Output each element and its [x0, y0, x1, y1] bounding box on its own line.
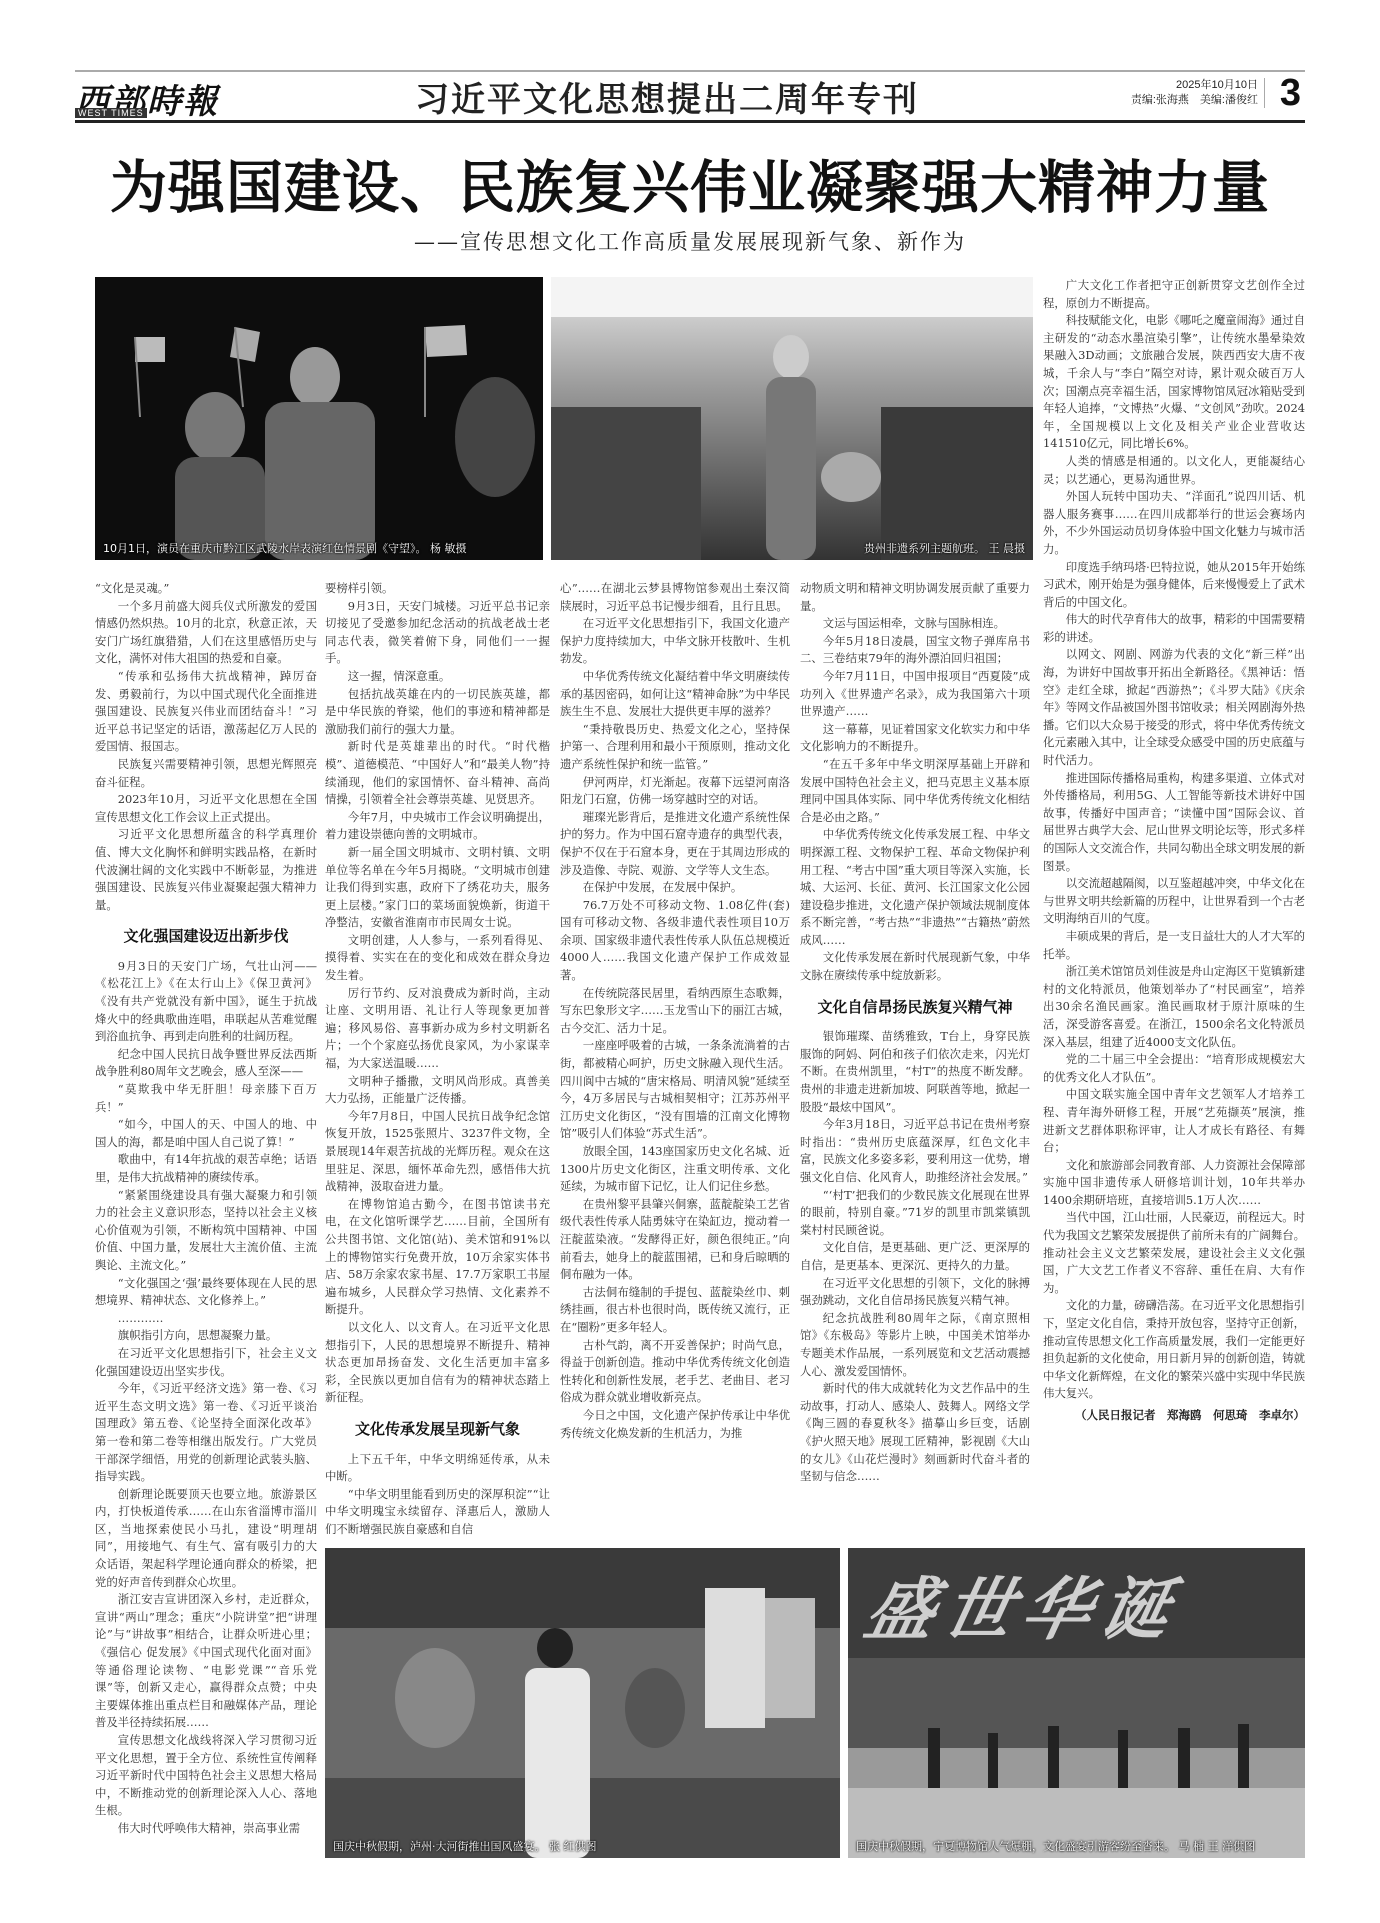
sub-headline: ——宣传思想文化工作高质量发展展现新气象、新作为 [75, 226, 1305, 256]
museum-sign-text: 盛世华诞 [858, 1556, 1191, 1653]
newspaper-logo-subtitle: WEST TIMES [75, 108, 147, 118]
paragraph: 以网文、网剧、网游为代表的文化“新三样”出海，为讲好中国故事开拓出全新路径。《黑… [1043, 646, 1305, 769]
paragraph: 以交流超越隔阂，以互鉴超越冲突，中华文化在与世界文明共绘新篇的历程中，让世界看到… [1043, 875, 1305, 928]
paragraph: 新时代是英雄辈出的时代。“时代楷模”、道德模范、“中国好人”和“最美人物”持续涌… [325, 738, 550, 808]
paragraph: 在习近平文化思想的引领下，文化的脉搏强劲跳动，文化自信昂扬民族复兴精气神。 [800, 1275, 1030, 1310]
paragraph: 要榜样引领。 [325, 580, 550, 598]
paragraph: 中华优秀传统文化凝结着中华文明赓续传承的基因密码，如何让这“精神命脉”为中华民族… [560, 668, 790, 721]
paragraph: 一座座呼吸着的古城，一条条流淌着的古街，都被精心呵护，历史文脉融入现代生活。四川… [560, 1037, 790, 1143]
paragraph: 推进国际传播格局重构，构建多渠道、立体式对外传播格局，利用5G、人工智能等新技术… [1043, 770, 1305, 876]
paragraph: “‘村T’把我们的少数民族文化展现在世界的眼前，特别自豪。”71岁的凯里市凯棠镇… [800, 1187, 1030, 1240]
paragraph: “文化是灵魂。” [95, 580, 317, 598]
paragraph: “传承和弘扬伟大抗战精神，踔厉奋发、勇毅前行，为以中国式现代化全面推进强国建设、… [95, 668, 317, 756]
paragraph: 在习近平文化思想指引下，我国文化遗产保护力度持续加大，中华文脉开枝散叶、生机勃发… [560, 615, 790, 668]
special-issue-title: 习近平文化思想提出二周年专刊 [415, 72, 919, 121]
paragraph: “在五千多年中华文明深厚基础上开辟和发展中国特色社会主义，把马克思主义基本原理同… [800, 756, 1030, 826]
paragraph: 今年7月11日，中国申报项目“西夏陵”成功列入《世界遗产名录》，成为我国第六十项… [800, 668, 1030, 721]
paragraph: 浙江安吉宣讲团深入乡村，走近群众，宣讲“两山”理念；重庆“小院讲堂”把“讲理论”… [95, 1591, 317, 1732]
paragraph: 外国人玩转中国功夫、“洋面孔”说四川话、机器人服务赛事……在四川成都举行的世运会… [1043, 488, 1305, 558]
paragraph: 当代中国，江山壮丽，人民豪迈，前程远大。时代为我国文艺繁荣发展提供了前所未有的广… [1043, 1209, 1305, 1297]
paragraph: 纪念中国人民抗日战争暨世界反法西斯战争胜利80周年文艺晚会，感人至深—— [95, 1046, 317, 1081]
paragraph: 动物质文明和精神文明协调发展贡献了重要力量。 [800, 580, 1030, 615]
photo-caption: 10月1日，演员在重庆市黔江区武陵水岸表演红色情景剧《守望》。 杨 敏摄 [103, 540, 467, 556]
paragraph: 2023年10月，习近平文化思想在全国宣传思想文化工作会议上正式提出。 [95, 791, 317, 826]
main-headline: 为强国建设、民族复兴伟业凝聚强大精神力量 [75, 142, 1305, 224]
paragraph: 在习近平文化思想指引下，社会主义文化强国建设迈出坚实步伐。 [95, 1345, 317, 1380]
paragraph: ………… [95, 1310, 317, 1328]
issue-date: 2025年10月10日 [1131, 78, 1258, 93]
paragraph: 文化自信，是更基础、更广泛、更深厚的自信，是更基本、更深沉、更持久的力量。 [800, 1239, 1030, 1274]
article-column-2: 要榜样引领。 9月3日，天安门城楼。习近平总书记亲切接见了受邀参加纪念活动的抗战… [325, 580, 550, 1540]
paragraph: 中华优秀传统文化传承发展工程、中华文明探源工程、文物保护工程、革命文物保护利用工… [800, 826, 1030, 949]
paragraph: 厉行节约、反对浪费成为新时尚，主动让座、文明用语、礼让行人等现象更加普遍；移风易… [325, 985, 550, 1073]
paragraph: 伟大的时代孕育伟大的故事，精彩的中国需要精彩的讲述。 [1043, 611, 1305, 646]
paragraph: 文明种子播撒，文明风尚形成。真善美大力弘扬，正能量广泛传播。 [325, 1073, 550, 1108]
paragraph: 创新理论既要顶天也要立地。旅游景区内，打快板道传承……在山东省淄博市淄川区，当地… [95, 1486, 317, 1592]
paragraph: 浙江美术馆馆员刘佳波是舟山定海区干览镇新建村的文化特派员，他策划举办了“村民画室… [1043, 963, 1305, 1051]
paragraph: “莫欺我中华无肝胆！母亲膝下百万兵！” [95, 1081, 317, 1116]
paragraph: 歌曲中，有14年抗战的艰苦卓绝；话语里，是伟大抗战精神的赓续传承。 [95, 1151, 317, 1186]
photo-caption: 国庆中秋假期，泸州·大河街推出国风盛宴。 张 红供图 [333, 1838, 597, 1854]
section-heading: 文化强国建设迈出新步伐 [95, 928, 317, 946]
paragraph: 人类的情感是相通的。以文化人，更能凝结心灵；以艺通心，更易沟通世界。 [1043, 453, 1305, 488]
paragraph: 纪念抗战胜利80周年之际，《南京照相馆》《东极岛》等影片上映，中国美术馆举办专题… [800, 1310, 1030, 1380]
paragraph: 文化传承发展在新时代展现新气象，中华文脉在赓续传承中绽放新彩。 [800, 949, 1030, 984]
photo-scene-cabin [551, 277, 1033, 560]
paragraph: 今年7月，中央城市工作会议明确提出，着力建设崇德向善的文明城市。 [325, 809, 550, 844]
paragraph: 习近平文化思想所蕴含的科学真理价值、博大文化胸怀和鲜明实践品格，在新时代波澜壮阔… [95, 826, 317, 914]
photo-caption: 贵州非遗系列主题航班。 王 晨摄 [864, 540, 1025, 556]
paragraph: 在传统院落民居里，看纳西原生态歌舞，写东巴象形文字……玉龙雪山下的丽江古城，古今… [560, 985, 790, 1038]
paragraph: 宣传思想文化战线将深入学习贯彻习近平文化思想，置于全方位、系统性宣传阐释习近平新… [95, 1732, 317, 1820]
photo-flight-attendant: 贵州非遗系列主题航班。 王 晨摄 [551, 277, 1033, 560]
paragraph: “秉持敬畏历史、热爱文化之心，坚持保护第一、合理利用和最小干预原则，推动文化遗产… [560, 721, 790, 774]
photo-caption: 国庆中秋假期，宁夏博物馆人气爆棚，文化盛宴引游客纷至沓来。 马 楠 王 洋供图 [856, 1838, 1255, 1854]
section-heading: 文化自信昂扬民族复兴精气神 [800, 999, 1030, 1017]
paragraph: 古法侗布缝制的手提包、蓝靛染丝巾、刺绣挂画，很古朴也很时尚，既传统又流行，正在“… [560, 1284, 790, 1337]
article-byline: （人民日报记者 郑海鸥 何思琦 李卓尔） [1043, 1407, 1305, 1425]
paragraph: 民族复兴需要精神引领，思想光辉照亮奋斗征程。 [95, 756, 317, 791]
article-column-1: “文化是灵魂。” 一个多月前盛大阅兵仪式所激发的爱国情感仍然炽热。10月的北京，… [95, 580, 317, 1890]
paragraph: 以文化人、以文育人。在习近平文化思想指引下，人民的思想境界不断提升、精神状态更加… [325, 1319, 550, 1407]
photo-scene-street-performance [325, 1548, 840, 1858]
photo-red-drama: 10月1日，演员在重庆市黔江区武陵水岸表演红色情景剧《守望》。 杨 敏摄 [95, 277, 543, 560]
paragraph: 文化和旅游部会同教育部、人力资源社会保障部实施中国非遗传承人研修培训计划，10年… [1043, 1157, 1305, 1210]
paragraph: 伟大时代呼唤伟大精神，崇高事业需 [95, 1820, 317, 1838]
paragraph: 伊河两岸，灯光渐起。夜幕下远望河南洛阳龙门石窟，仿佛一场穿越时空的对话。 [560, 774, 790, 809]
paragraph: 今年7月8日，中国人民抗日战争纪念馆恢复开放，1525张照片、3237件文物，全… [325, 1108, 550, 1196]
masthead: 西部時報 WEST TIMES 习近平文化思想提出二周年专刊 2025年10月1… [75, 70, 1305, 123]
paragraph: 这一握，情深意重。 [325, 668, 550, 686]
paragraph: 丰硕成果的背后，是一支日益壮大的人才大军的托举。 [1043, 928, 1305, 963]
paragraph: 文明创建，人人参与，一系列看得见、摸得着、实实在在的变化和成效在群众身边发生着。 [325, 932, 550, 985]
paragraph: 印度选手纳玛塔·巴特拉说，她从2015年开始练习武术，刚开始是为强身健体，后来慢… [1043, 559, 1305, 612]
page-number: 3 [1280, 72, 1301, 115]
article-column-4: 动物质文明和精神文明协调发展贡献了重要力量。 文运与国运相牵，文脉与国脉相连。 … [800, 580, 1030, 1540]
paragraph: 中国文联实施全国中青年文艺领军人才培养工程、青年海外研修工程，开展“艺苑撷英”展… [1043, 1086, 1305, 1156]
paragraph: “中华文明里能看到历史的深厚积淀”“让中华文明瑰宝永续留存、泽惠后人，激励人们不… [325, 1486, 550, 1539]
paragraph: 今日之中国，文化遗产保护传承让中华优秀传统文化焕发新的生机活力，为推 [560, 1407, 790, 1442]
paragraph: 放眼全国，143座国家历史文化名城、近1300片历史文化街区，注重文明传承、文化… [560, 1143, 790, 1196]
paragraph: 银饰璀璨、苗绣雅致，T台上，身穿民族服饰的阿妈、阿伯和孩子们依次走来，闪光灯不断… [800, 1028, 1030, 1116]
paragraph: 广大文化工作者把守正创新贯穿文艺创作全过程，原创力不断提高。 [1043, 277, 1305, 312]
paragraph: 新一届全国文明城市、文明村镇、文明单位等名单在今年5月揭晓。“文明城市创建让我们… [325, 844, 550, 932]
paragraph: “紧紧围绕建设具有强大凝聚力和引领力的社会主义意识形态，坚持以社会主义核心价值观… [95, 1187, 317, 1275]
paragraph: 9月3日，天安门城楼。习近平总书记亲切接见了受邀参加纪念活动的抗战老战士老同志代… [325, 598, 550, 668]
paragraph: 心”……在湖北云梦县博物馆参观出土秦汉简牍展时，习近平总书记慢步细看，且行且思。 [560, 580, 790, 615]
paragraph: 在贵州黎平县肇兴侗寨，蓝靛靛染工艺省级代表性传承人陆勇妹守在染缸边，搅动着一汪靛… [560, 1196, 790, 1284]
paragraph: 上下五千年，中华文明绵延传承，从未中断。 [325, 1451, 550, 1486]
paragraph: 科技赋能文化，电影《哪吒之魔童闹海》通过自主研发的“动态水墨渲染引擎”，让传统水… [1043, 312, 1305, 453]
paragraph: 新时代的伟大成就转化为文艺作品中的生动故事，打动人、感染人、鼓舞人。网络文学《陶… [800, 1380, 1030, 1486]
photo-scene-performers [95, 277, 543, 560]
paragraph: 76.7万处不可移动文物、1.08亿件(套)国有可移动文物、各级非遗代表性项目1… [560, 897, 790, 985]
paragraph: 今年，《习近平经济文选》第一卷、《习近平生态文明文选》第一卷、《习近平谈治国理政… [95, 1380, 317, 1486]
paragraph: 今年5月18日凌晨，国宝文物子弹库帛书二、三卷结束79年的海外漂泊回归祖国； [800, 633, 1030, 668]
paragraph: 文化的力量，磅礴浩荡。在习近平文化思想指引下，坚定文化自信，秉持开放包容，坚持守… [1043, 1297, 1305, 1403]
photo-guofeng-street: 国庆中秋假期，泸州·大河街推出国风盛宴。 张 红供图 [325, 1548, 840, 1858]
photo-ningxia-museum: 盛世华诞 国庆中秋假期，宁夏博物馆人气爆棚，文化盛宴引游客纷至沓来。 马 楠 王… [848, 1548, 1305, 1858]
paragraph: 文运与国运相牵，文脉与国脉相连。 [800, 615, 1030, 633]
paragraph: 一个多月前盛大阅兵仪式所激发的爱国情感仍然炽热。10月的北京，秋意正浓，天安门广… [95, 598, 317, 668]
paragraph: 在保护中发展，在发展中保护。 [560, 879, 790, 897]
paragraph: 今年3月18日，习近平总书记在贵州考察时指出：“贵州历史底蕴深厚，红色文化丰富，… [800, 1116, 1030, 1186]
article-column-3: 心”……在湖北云梦县博物馆参观出土秦汉简牍展时，习近平总书记慢步细看，且行且思。… [560, 580, 790, 1540]
paragraph: 古朴气韵，离不开妥善保护；时尚气息，得益于创新创造。推动中华优秀传统文化创造性转… [560, 1337, 790, 1407]
paragraph: 包括抗战英雄在内的一切民族英雄，都是中华民族的脊梁，他们的事迹和精神都是激励我们… [325, 686, 550, 739]
article-column-5: 广大文化工作者把守正创新贯穿文艺创作全过程，原创力不断提高。 科技赋能文化，电影… [1043, 277, 1305, 1537]
section-heading: 文化传承发展呈现新气象 [325, 1421, 550, 1439]
paragraph: 这一幕幕，见证着国家文化软实力和中华文化影响力的不断提升。 [800, 721, 1030, 756]
paragraph: 旗帜指引方向，思想凝聚力量。 [95, 1327, 317, 1345]
issue-meta: 2025年10月10日 责编:张海燕 美编:潘俊红 [1131, 78, 1265, 108]
paragraph: 在博物馆追古勤今，在图书馆读书充电，在文化馆听课学艺……目前，全国所有公共图书馆… [325, 1196, 550, 1319]
paragraph: 璀璨光影背后，是推进文化遗产系统性保护的努力。作为中国石窟寺遗存的典型代表，保护… [560, 809, 790, 879]
paragraph: 9月3日的天安门广场，气壮山河——《松花江上》《在太行山上》《保卫黄河》《没有共… [95, 958, 317, 1046]
editors-credit: 责编:张海燕 美编:潘俊红 [1131, 93, 1258, 108]
paragraph: 党的二十届三中全会提出：“培育形成规模宏大的优秀文化人才队伍”。 [1043, 1051, 1305, 1086]
paragraph: “文化强国之‘强’最终要体现在人民的思想境界、精神状态、文化修养上。” [95, 1275, 317, 1310]
paragraph: “如今，中国人的天、中国人的地、中国人的海，都是咱中国人自己说了算！” [95, 1116, 317, 1151]
